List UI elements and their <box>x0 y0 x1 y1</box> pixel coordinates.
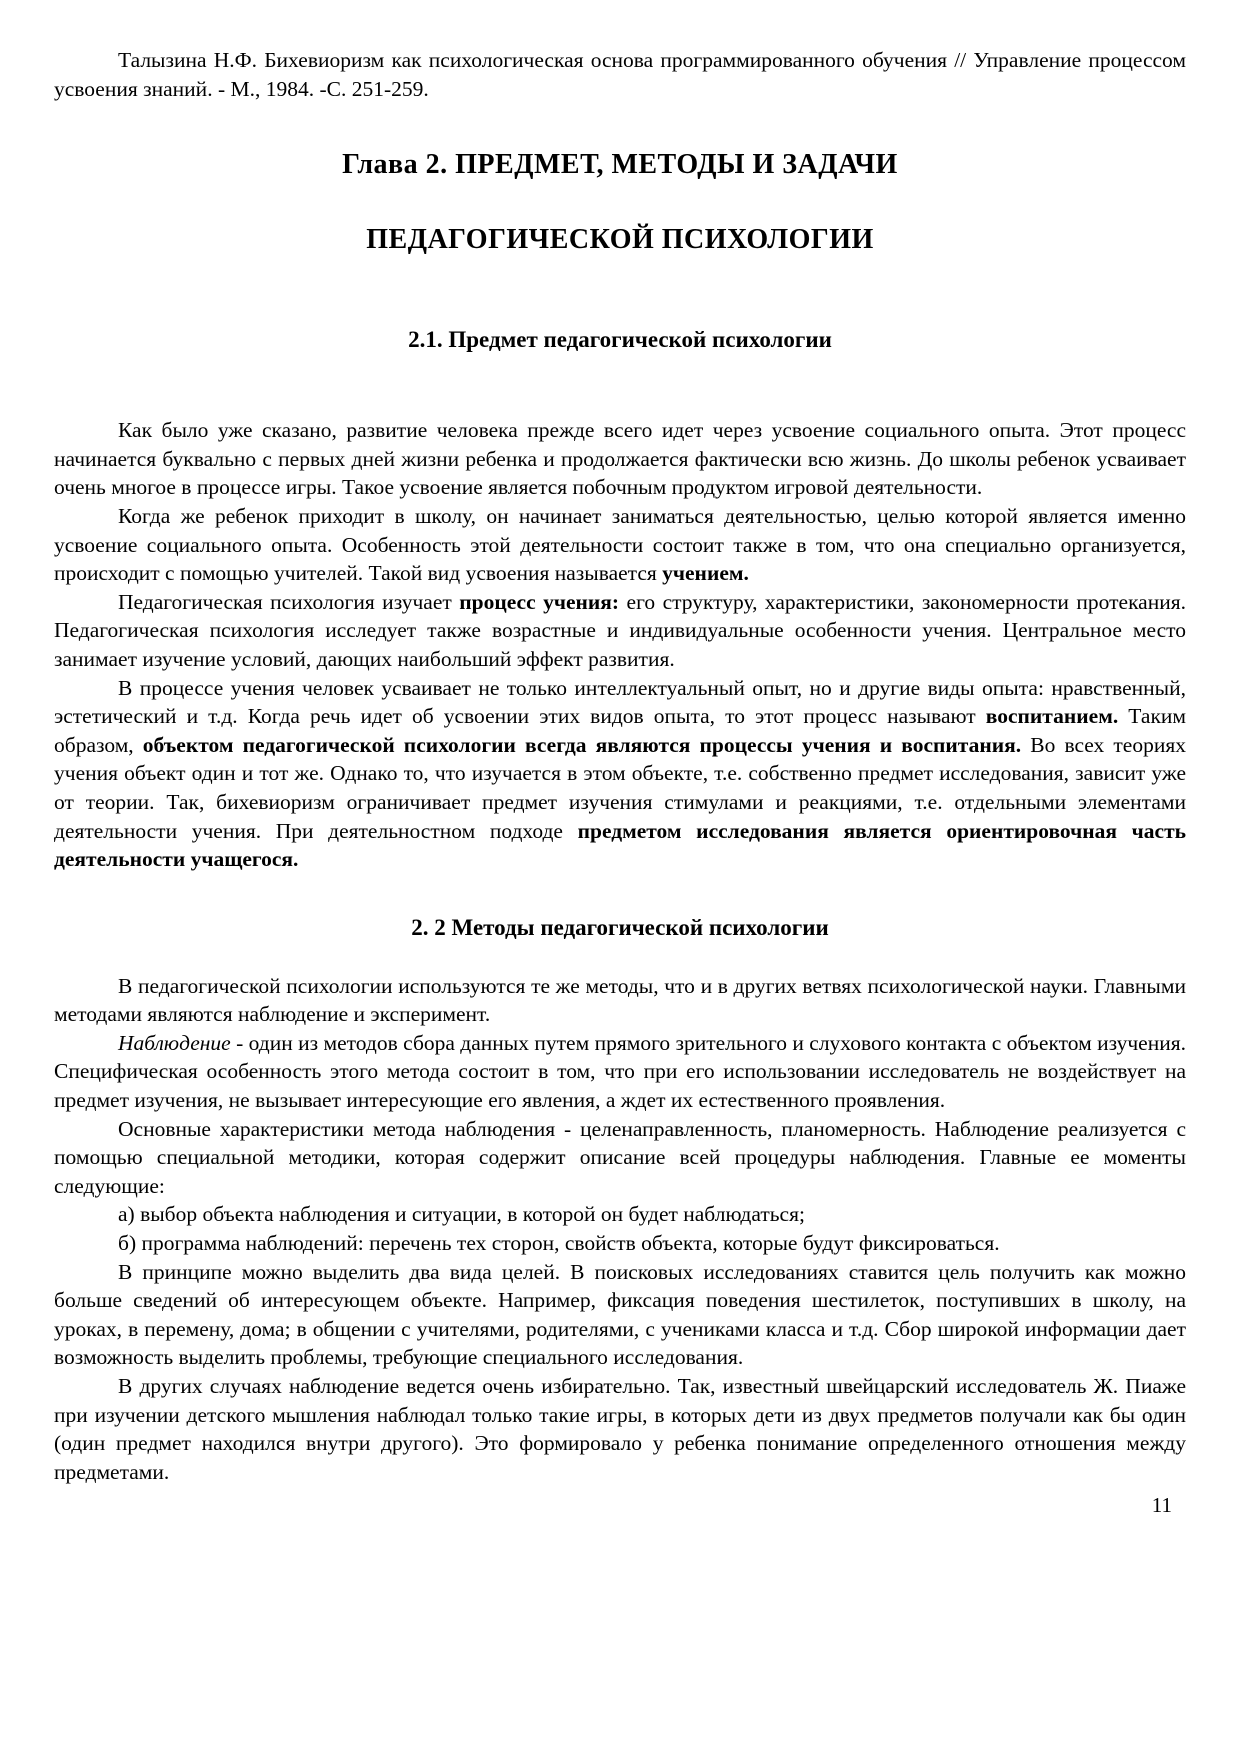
text-run: б) программа наблюдений: перечень тех ст… <box>118 1231 1000 1255</box>
page-number: 11 <box>54 1492 1186 1518</box>
paragraph-school-learning: Когда же ребенок приходит в школу, он на… <box>54 502 1186 588</box>
citation: Талызина Н.Ф. Бихевиоризм как психологич… <box>54 46 1186 103</box>
paragraph-object-of-psychology: В процессе учения человек усваивает не т… <box>54 674 1186 874</box>
list-item-a: а) выбор объекта наблюдения и ситуации, … <box>54 1200 1186 1229</box>
chapter-title-line1: Глава 2. ПРЕДМЕТ, МЕТОДЫ И ЗАДАЧИ <box>54 148 1186 181</box>
text-run: В принципе можно выделить два вида целей… <box>54 1260 1186 1370</box>
section-2-2-heading: 2. 2 Методы педагогической психологии <box>54 914 1186 942</box>
text-run: воспитанием. <box>986 704 1118 728</box>
text-run: Педагогическая психология изучает <box>118 590 459 614</box>
list-item-b: б) программа наблюдений: перечень тех ст… <box>54 1229 1186 1258</box>
paragraph-methods-intro: В педагогической психологии используются… <box>54 972 1186 1029</box>
text-run: В других случаях наблюдение ведется очен… <box>54 1374 1186 1484</box>
text-run: учением. <box>662 561 749 585</box>
paragraph-observation-characteristics: Основные характеристики метода наблюдени… <box>54 1115 1186 1201</box>
text-run: Наблюдение <box>118 1031 231 1055</box>
text-run: Талызина Н.Ф. Бихевиоризм как психологич… <box>54 48 1186 101</box>
chapter-title-line2: ПЕДАГОГИЧЕСКОЙ ПСИХОЛОГИИ <box>54 223 1186 256</box>
section-2-1-heading: 2.1. Предмет педагогической психологии <box>54 326 1186 354</box>
text-run: Как было уже сказано, развитие человека … <box>54 418 1186 499</box>
text-run: процесс учения: <box>459 590 619 614</box>
paragraph-observation-definition: Наблюдение - один из методов сбора данны… <box>54 1029 1186 1115</box>
paragraph-psychology-studies: Педагогическая психология изучает процес… <box>54 588 1186 674</box>
paragraph-piaget-example: В других случаях наблюдение ведется очен… <box>54 1372 1186 1486</box>
paragraph-social-experience: Как было уже сказано, развитие человека … <box>54 416 1186 502</box>
text-run: В педагогической психологии используются… <box>54 974 1186 1027</box>
paragraph-observation-goals: В принципе можно выделить два вида целей… <box>54 1258 1186 1372</box>
document-page: Талызина Н.Ф. Бихевиоризм как психологич… <box>0 0 1240 1752</box>
text-run: Основные характеристики метода наблюдени… <box>54 1117 1186 1198</box>
text-run: а) выбор объекта наблюдения и ситуации, … <box>118 1202 805 1226</box>
text-run: объектом педагогической психологии всегд… <box>143 733 1021 757</box>
text-run: Когда же ребенок приходит в школу, он на… <box>54 504 1186 585</box>
